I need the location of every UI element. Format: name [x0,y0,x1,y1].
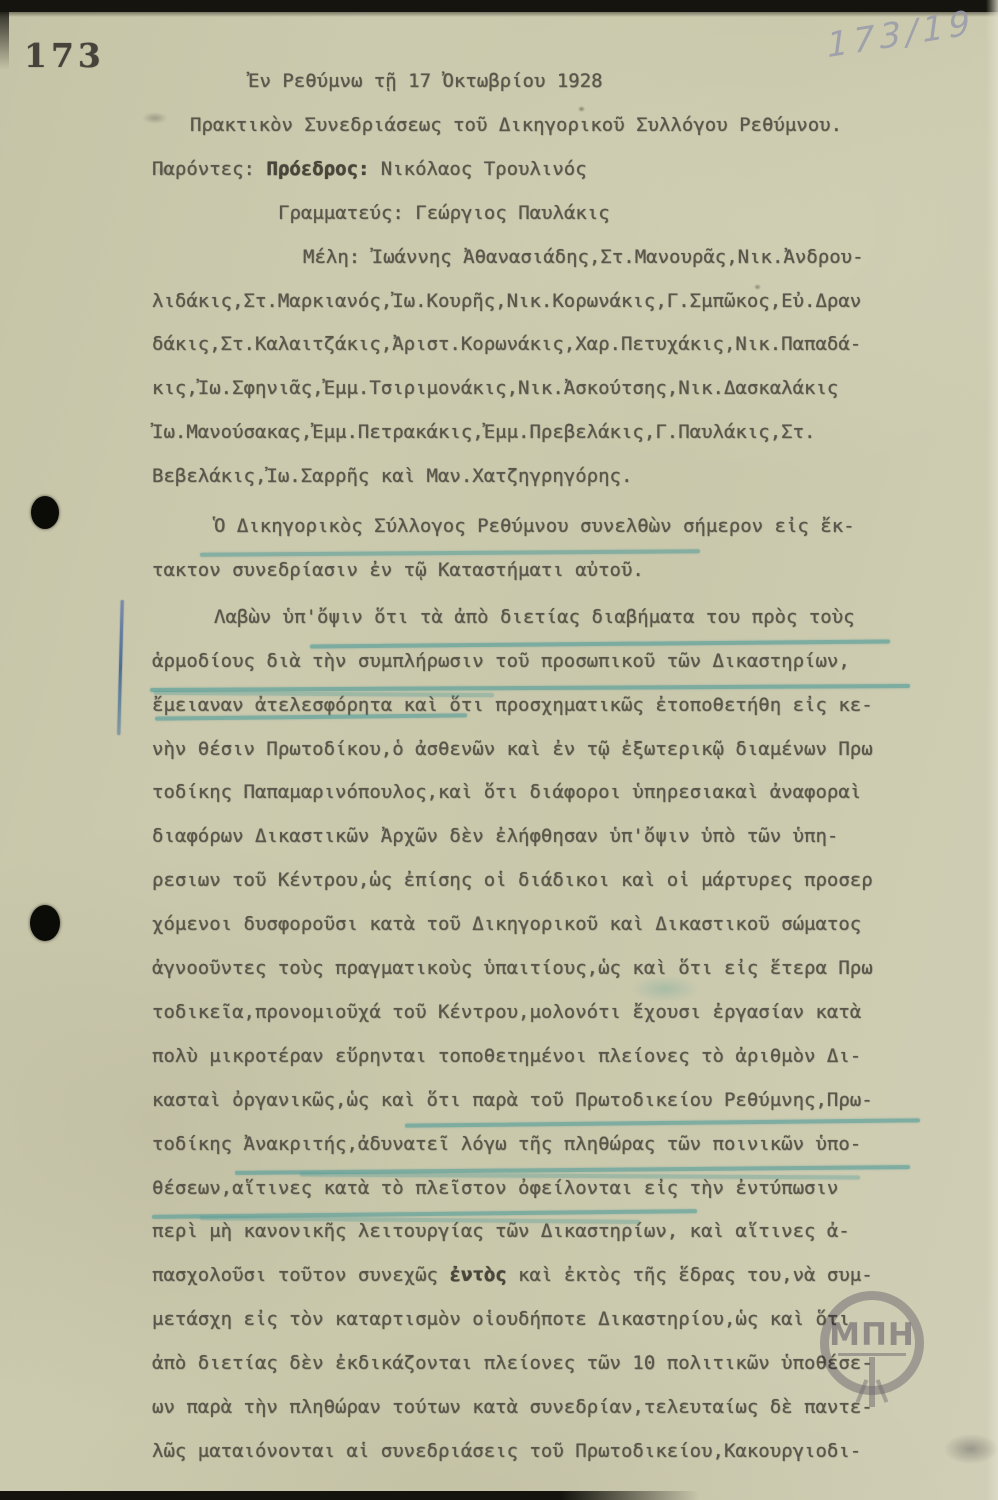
pencil-underline [310,639,890,648]
line-text: Παρόντες: [152,158,266,180]
document-line: ἀγνοοῦντες τοὺς πραγματικοὺς ὑπαιτίους,ὡ… [152,956,873,980]
document-line: ἀπὸ διετίας δὲν ἐκδικάζονται πλείονες τῶ… [152,1351,873,1375]
scan-edge-top [0,0,998,12]
page-number-stamp: 173 [24,36,105,75]
archive-watermark-stamp: ΜΠΗ [820,1291,924,1441]
document-line: ρεσιων τοῦ Κέντρου,ὡς ἐπίσης οἱ διάδικοι… [152,868,873,892]
emphasized-text: ἐντὸς [449,1264,506,1286]
watermark-letters: ΜΠΗ [820,1317,924,1353]
document-line: κασταὶ ὀργανικῶς,ὡς καὶ ὅτι παρὰ τοῦ Πρω… [152,1088,873,1112]
pencil-underline [200,549,700,556]
document-line: πασχολοῦσι τοῦτον συνεχῶς ἐντὸς καὶ ἐκτὸ… [152,1263,873,1287]
line-text: πασχολοῦσι τοῦτον συνεχῶς [152,1264,449,1286]
document-line: μετάσχη εἰς τὸν καταρτισμὸν οἱουδήποτε Δ… [152,1307,850,1331]
document-line: ων παρὰ τὴν πληθώραν τούτων κατὰ συνεδρί… [152,1395,873,1419]
document-line: τοδίκης Ἀνακριτής,ἀδυνατεῖ λόγω τῆς πληθ… [152,1132,861,1156]
document-line: Ὁ Δικηγορικὸς Σύλλογος Ρεθύμνου συνελθὼν… [214,514,855,538]
document-line: θέσεων,αἵτινες κατὰ τὸ πλεῖστον ὀφείλοντ… [152,1176,838,1200]
document-line: τοδίκης Παπαμαρινόπουλος,καὶ ὅτι διάφορο… [152,780,861,804]
hole-punch [30,905,60,941]
scanned-page: 173 173/19 Ἐν Ρεθύμνω τῇ 17 Ὀκτωβρίου 19… [0,0,998,1500]
line-text: καὶ ἐκτὸς τῆς ἕδρας του,νὰ συμ- [507,1264,873,1286]
document-line: Πρακτικὸν Συνεδριάσεως τοῦ Δικηγορικοῦ Σ… [190,113,842,137]
line-text: Νικόλαος Τρουλινός [381,158,587,180]
scan-edge-bottom [0,1491,700,1500]
document-line: Μέλη: Ἰωάννης Ἀθανασιάδης,Στ.Μανουρᾶς,Νι… [303,245,864,269]
emphasized-text: Πρόεδρος: [266,158,380,180]
document-line: Ἐν Ρεθύμνω τῇ 17 Ὀκτωβρίου 1928 [248,69,603,93]
document-line: νὴν θέσιν Πρωτοδίκου,ὁ ἀσθενῶν καὶ ἐν τῷ… [152,737,873,761]
document-line: λιδάκις,Στ.Μαρκιανός,Ἰω.Κουρῆς,Νικ.Κορων… [152,289,861,313]
document-line: πολὺ μικροτέραν εὕρηνται τοποθετημένοι π… [152,1044,861,1068]
document-line: δάκις,Στ.Καλαιτζάκις,Ἀριστ.Κορωνάκις,Χαρ… [152,332,861,356]
document-line: χόμενοι δυσφοροῦσι κατὰ τοῦ Δικηγορικοῦ … [152,912,861,936]
document-line: Παρόντες: Πρόεδρος: Νικόλαος Τρουλινός [152,157,587,181]
document-line: τοδικεῖα,προνομιοῦχά τοῦ Κέντρου,μολονότ… [152,1000,861,1024]
pencil-underline [405,1118,920,1127]
document-line: περὶ μὴ κανονικῆς λειτουργίας τῶν Δικαστ… [152,1219,850,1243]
document-line: Ἰω.Μανούσακας,Ἐμμ.Πετρακάκις,Ἐμμ.Πρεβελά… [152,420,815,444]
document-line: ἁρμοδίους διὰ τὴν συμπλήρωσιν τοῦ προσωπ… [152,649,850,673]
document-line: Βεβελάκις,Ἰω.Σαρρῆς καὶ Μαν.Χατζηγρηγόρη… [152,464,632,488]
paper-speck [578,106,585,112]
document-line: Γραμματεύς: Γεώργιος Παυλάκις [278,201,610,225]
document-line: κις,Ἰω.Σφηνιᾶς,Ἐμμ.Τσιριμονάκις,Νικ.Ἀσκο… [152,376,838,400]
watermark-stem [869,1357,875,1407]
document-line: λῶς ματαιόνονται αἱ συνεδριάσεις τοῦ Πρω… [152,1439,861,1463]
scan-edge-top-shadow [0,12,998,17]
document-line: Λαβὼν ὑπ'ὄψιν ὅτι τὰ ἀπὸ διετίας διαβήμα… [214,605,855,629]
document-line: τακτον συνεδρίασιν ἐν τῷ Καταστήματι αὐτ… [152,558,644,582]
pencil-smudge [142,112,168,124]
watermark-bar [838,1353,906,1356]
document-line: διαφόρων Δικαστικῶν Ἀρχῶν δὲν ἐλήφθησαν … [152,824,838,848]
document-line: ἔμειαναν ἀτελεσφόρητα καὶ ὅτι προσχηματι… [152,693,873,717]
scan-edge-right [986,0,998,1500]
hole-punch [31,496,59,529]
margin-pencil-line [117,600,124,735]
